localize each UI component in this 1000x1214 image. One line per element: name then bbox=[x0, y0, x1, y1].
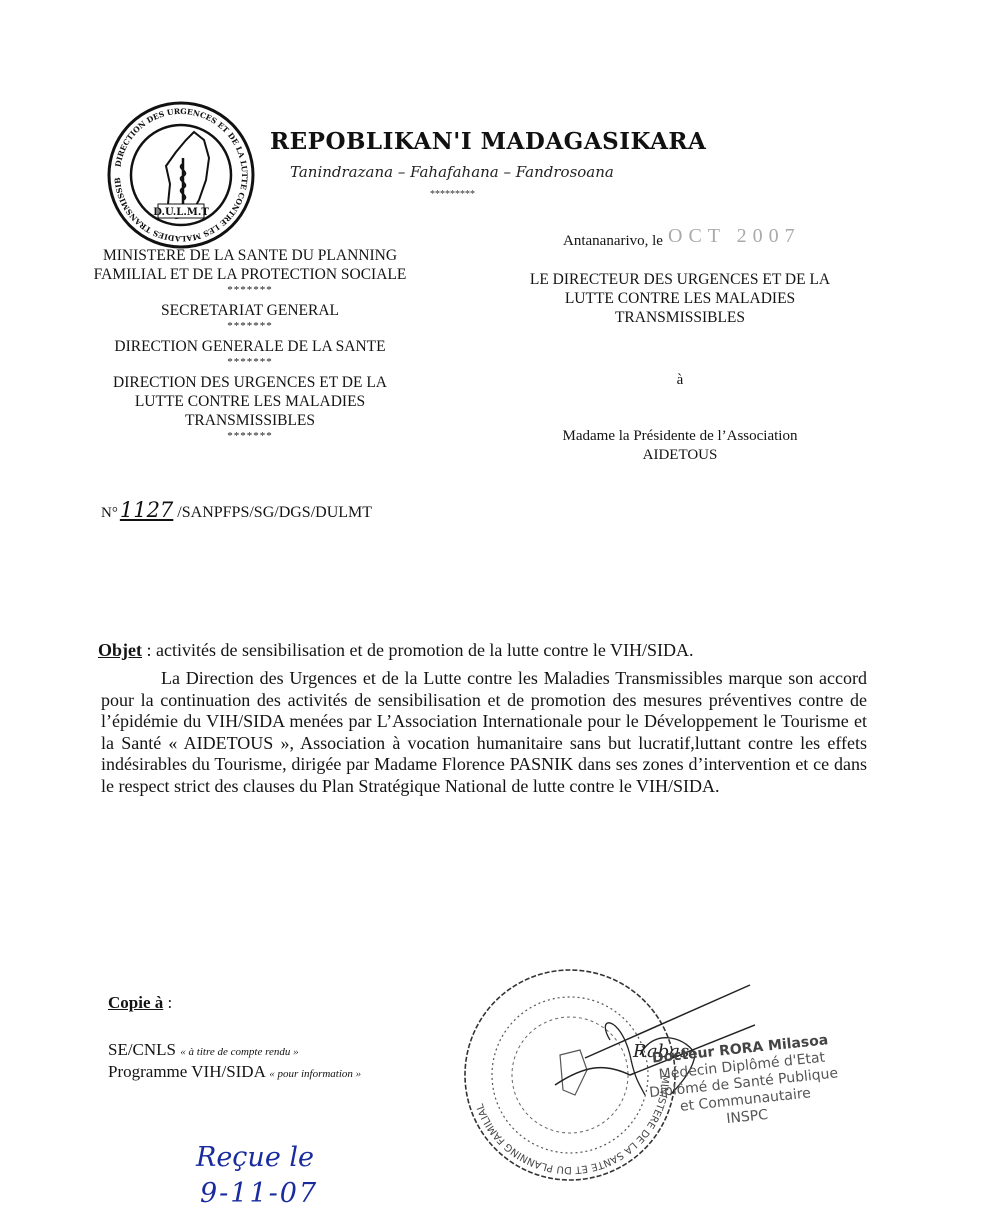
recipient-line-1: Madame la Présidente de l’Association bbox=[505, 427, 855, 446]
received-date: 9-11-07 bbox=[196, 1176, 318, 1212]
separator: ******* bbox=[90, 284, 410, 297]
body-paragraph: La Direction des Urgences et de la Lutte… bbox=[101, 668, 867, 797]
recipient-block: Madame la Présidente de l’Association AI… bbox=[505, 427, 855, 465]
copy-recipient: Programme VIH/SIDA bbox=[108, 1062, 265, 1081]
copies-colon: : bbox=[163, 993, 172, 1012]
secretariat-name: SECRETARIAT GENERAL bbox=[90, 301, 410, 320]
general-direction-name: DIRECTION GENERALE DE LA SANTE bbox=[90, 337, 410, 356]
subject-text: : activités de sensibilisation et de pro… bbox=[142, 640, 694, 660]
subject-line: Objet : activités de sensibilisation et … bbox=[98, 640, 694, 661]
separator: ******* bbox=[90, 356, 410, 369]
dulmt-seal-logo: DIRECTION DES URGENCES ET DE LA LUTTE CO… bbox=[106, 100, 256, 250]
ref-number-handwritten: 1127 bbox=[120, 498, 173, 522]
reference-number: N°1127/SANPFPS/SG/DGS/DULMT bbox=[101, 498, 372, 522]
ref-suffix: /SANPFPS/SG/DGS/DULMT bbox=[177, 504, 372, 521]
subject-label: Objet bbox=[98, 640, 142, 660]
sender-block: MINISTERE DE LA SANTE DU PLANNING FAMILI… bbox=[90, 246, 410, 447]
place-date: Antananarivo, le bbox=[563, 233, 663, 250]
separator: ******* bbox=[90, 430, 410, 443]
copies-label: Copie à bbox=[108, 993, 163, 1012]
country-title: REPOBLIKAN'I MADAGASIKARA bbox=[270, 128, 706, 155]
copy-item: Programme VIH/SIDA « pour information » bbox=[108, 1062, 361, 1084]
copy-note: « pour information » bbox=[269, 1068, 361, 1080]
ref-prefix: N° bbox=[101, 505, 118, 521]
copy-item: SE/CNLS « à titre de compte rendu » bbox=[108, 1040, 361, 1062]
separator: ******* bbox=[90, 320, 410, 333]
recipient-line-2: AIDETOUS bbox=[505, 446, 855, 465]
copies-heading: Copie à : bbox=[108, 993, 172, 1013]
handwritten-received-note: Reçue le 9-11-07 bbox=[196, 1140, 318, 1212]
direction-name: DIRECTION DES URGENCES ET DE LA LUTTE CO… bbox=[90, 373, 410, 430]
date-stamp: OCT 2007 bbox=[668, 225, 801, 248]
to-word: à bbox=[505, 372, 855, 389]
header-separator: ********* bbox=[430, 189, 475, 200]
copy-recipient: SE/CNLS bbox=[108, 1040, 176, 1059]
received-label: Reçue le bbox=[196, 1140, 318, 1176]
national-motto: Tanindrazana – Fahafahana – Fandrosoana bbox=[290, 163, 614, 181]
sender-title: LE DIRECTEUR DES URGENCES ET DE LA LUTTE… bbox=[505, 270, 855, 327]
copies-list: SE/CNLS « à titre de compte rendu » Prog… bbox=[108, 1040, 361, 1084]
ministry-name: MINISTERE DE LA SANTE DU PLANNING FAMILI… bbox=[90, 246, 410, 284]
svg-text:D.U.L.M.T: D.U.L.M.T bbox=[153, 207, 209, 218]
copy-note: « à titre de compte rendu » bbox=[180, 1046, 298, 1058]
